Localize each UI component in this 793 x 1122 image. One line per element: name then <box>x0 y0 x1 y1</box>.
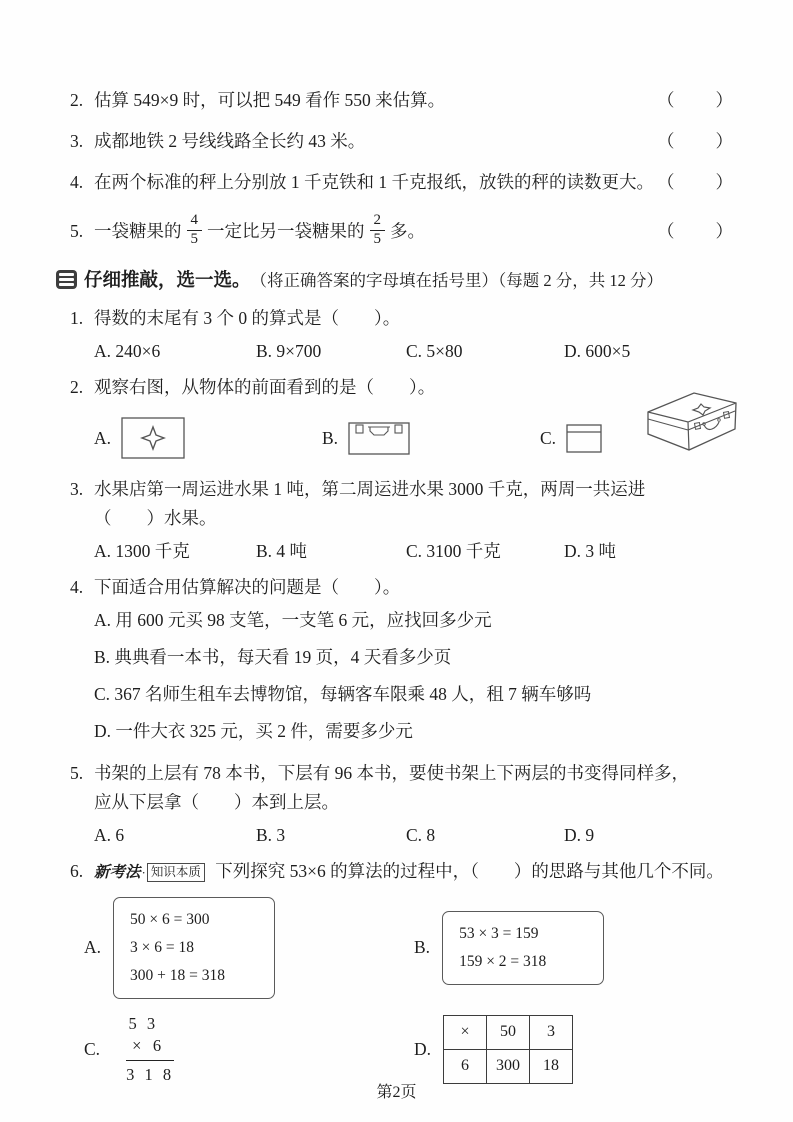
option-b: B. 4 吨 <box>256 538 406 564</box>
judge-item-text: 一定比另一袋糖果的 <box>207 217 365 245</box>
question-text-body: 下列探究 53×6 的算法的过程中，（ ）的思路与其他几个不同。 <box>215 861 724 881</box>
question-number: 3. <box>70 475 94 504</box>
option-c: C. 3100 千克 <box>406 538 564 564</box>
option-c: C. 8 <box>406 822 564 848</box>
judge-item-text: 估算 549×9 时，可以把 549 看作 550 来估算。 <box>94 86 445 114</box>
equation-line: 159 × 2 = 318 <box>459 948 587 976</box>
option-d: D. 600×5 <box>564 338 735 364</box>
section-title: 仔细推敲，选一选。 <box>84 266 251 292</box>
fraction-four-fifths: 4 5 <box>187 213 203 248</box>
multiplication-table: × 50 3 6 300 18 <box>443 1015 573 1084</box>
judge-item: 5. 一袋糖果的 4 5 一定比另一袋糖果的 2 5 多。 （ ） <box>70 209 735 253</box>
option-label: B. <box>414 937 430 958</box>
section-header: 仔细推敲，选一选。 （将正确答案的字母填在括号里）（每题 2 分，共 12 分） <box>56 266 735 292</box>
question-number: 6. <box>70 857 94 887</box>
options-list: A. 用 600 元买 98 支笔，一支笔 6 元，应找回多少元 B. 典典看一… <box>94 602 735 750</box>
options-row: A. 6 B. 3 C. 8 D. 9 <box>94 822 735 848</box>
algorithm-box-a: 50 × 6 = 300 3 × 6 = 18 300 + 18 = 318 <box>113 897 275 999</box>
option-d: D. 3 吨 <box>564 538 735 564</box>
question-3: 3. 水果店第一周运进水果 1 吨，第二周运进水果 3000 千克，两周一共运进… <box>70 475 735 564</box>
option-a: A. 用 600 元买 98 支笔，一支笔 6 元，应找回多少元 <box>94 602 735 639</box>
option-b: B. 3 <box>256 822 406 848</box>
option-a: A. 6 <box>94 822 256 848</box>
option-label: C. <box>540 428 556 449</box>
options-row: A. 1300 千克 B. 4 吨 C. 3100 千克 D. 3 吨 <box>94 538 735 564</box>
knowledge-essence-tag: 知识本质 <box>147 863 205 882</box>
q6-options-grid: A. 50 × 6 = 300 3 × 6 = 18 300 + 18 = 31… <box>84 897 735 1086</box>
option-d: D. 9 <box>564 822 735 848</box>
question-5: 5. 书架的上层有 78 本书，下层有 96 本书，要使书架上下两层的书变得同样… <box>70 759 735 848</box>
options-row: A. 240×6 B. 9×700 C. 5×80 D. 600×5 <box>94 338 735 364</box>
vertical-multiplication: 5 3 × 6 3 1 8 <box>126 1013 174 1086</box>
case-front-view-with-handle-image <box>348 421 410 455</box>
equation-line: 3 × 6 = 18 <box>130 934 258 962</box>
multiply-sign: × <box>132 1035 141 1057</box>
option-b: B. 9×700 <box>256 338 406 364</box>
multiplier: 6 <box>153 1035 161 1057</box>
question-2: 2. 观察右图，从物体的前面看到的是（ ）。 A. B. <box>70 373 735 466</box>
option-c: C. 367 名师生租车去博物馆，每辆客车限乘 48 人，租 7 辆车够吗 <box>94 676 735 713</box>
equation-line: 300 + 18 = 318 <box>130 962 258 990</box>
judge-item-text: 多。 <box>390 217 425 245</box>
new-exam-method-badge: 新考法 · 知识本质 <box>94 858 205 887</box>
answer-brackets: （ ） <box>657 86 735 114</box>
option-b: B. 典典看一本书，每天看 19 页，4 天看多少页 <box>94 639 735 676</box>
option-label: C. <box>84 1039 100 1060</box>
option-a: A. 50 × 6 = 300 3 × 6 = 18 300 + 18 = 31… <box>84 897 414 999</box>
question-text: 书架的上层有 78 本书，下层有 96 本书，要使书架上下两层的书变得同样多， <box>94 759 735 788</box>
page-footer: 第2页 <box>0 1079 793 1102</box>
fraction-two-fifths: 2 5 <box>370 213 386 248</box>
answer-brackets: （ ） <box>657 217 735 245</box>
dot-separator: · <box>142 858 146 887</box>
question-text: 下面适合用估算解决的问题是（ ）。 <box>94 573 735 602</box>
exam-paper-page: 2. 估算 549×9 时，可以把 549 看作 550 来估算。 （ ） 3.… <box>0 0 793 1122</box>
option-label: A. <box>94 428 111 449</box>
question-6: 6. 新考法 · 知识本质 下列探究 53×6 的算法的过程中，（ ）的思路与其… <box>70 857 735 1086</box>
judge-item-number: 4. <box>70 168 94 196</box>
option-c: C. 5 3 × 6 3 1 8 <box>84 1013 414 1086</box>
judge-item-text: 成都地铁 2 号线线路全长约 43 米。 <box>94 127 365 155</box>
option-c: C. 5×80 <box>406 338 564 364</box>
question-text: 得数的末尾有 3 个 0 的算式是（ ）。 <box>94 304 735 333</box>
question-text: 新考法 · 知识本质 下列探究 53×6 的算法的过程中，（ ）的思路与其他几个… <box>94 857 735 887</box>
question-number: 2. <box>70 373 94 402</box>
question-4: 4. 下面适合用估算解决的问题是（ ）。 A. 用 600 元买 98 支笔，一… <box>70 573 735 750</box>
option-b: B. <box>322 421 530 455</box>
question-number: 4. <box>70 573 94 602</box>
judge-item-number: 5. <box>70 217 94 245</box>
multiplicand: 5 3 <box>126 1013 174 1035</box>
table-cell: 3 <box>530 1015 573 1049</box>
option-label: A. <box>84 937 101 958</box>
option-label: D. <box>414 1039 431 1060</box>
judge-item: 4. 在两个标准的秤上分别放 1 千克铁和 1 千克报纸，放铁的秤的读数更大。 … <box>70 168 735 196</box>
algorithm-box-b: 53 × 3 = 159 159 × 2 = 318 <box>442 911 604 985</box>
case-top-view-with-cross-emblem-image <box>121 417 185 459</box>
question-number: 5. <box>70 759 94 788</box>
question-text: 观察右图，从物体的前面看到的是（ ）。 <box>94 373 735 402</box>
options-row: A. B. C. <box>94 410 735 466</box>
answer-brackets: （ ） <box>657 127 735 155</box>
section-subtitle: （将正确答案的字母填在括号里）（每题 2 分，共 12 分） <box>251 267 664 291</box>
three-bars-list-icon <box>56 270 77 289</box>
question-text-continued: 应从下层拿（ ）本到上层。 <box>94 788 735 817</box>
option-a: A. 1300 千克 <box>94 538 256 564</box>
equation-line: 53 × 3 = 159 <box>459 920 587 948</box>
judge-item-number: 2. <box>70 86 94 114</box>
option-d: D. 一件大衣 325 元，买 2 件，需要多少元 <box>94 713 735 750</box>
case-side-view-image <box>566 424 602 453</box>
table-cell: × <box>444 1015 487 1049</box>
question-text: 水果店第一周运进水果 1 吨，第二周运进水果 3000 千克，两周一共运进 <box>94 475 735 504</box>
option-d: D. × 50 3 6 300 18 <box>414 1013 735 1086</box>
question-number: 1. <box>70 304 94 333</box>
answer-brackets: （ ） <box>657 168 735 196</box>
option-label: B. <box>322 428 338 449</box>
option-c: C. <box>540 424 602 453</box>
question-1: 1. 得数的末尾有 3 个 0 的算式是（ ）。 A. 240×6 B. 9×7… <box>70 304 735 364</box>
first-aid-case-3d-image <box>641 387 743 455</box>
judge-item-number: 3. <box>70 127 94 155</box>
table-cell: 50 <box>487 1015 530 1049</box>
judge-item: 3. 成都地铁 2 号线线路全长约 43 米。 （ ） <box>70 127 735 155</box>
judge-item: 2. 估算 549×9 时，可以把 549 看作 550 来估算。 （ ） <box>70 86 735 114</box>
judge-item-text: 一袋糖果的 <box>94 217 182 245</box>
equation-line: 50 × 6 = 300 <box>130 906 258 934</box>
option-a: A. <box>94 417 312 459</box>
option-a: A. 240×6 <box>94 338 256 364</box>
option-b: B. 53 × 3 = 159 159 × 2 = 318 <box>414 897 735 999</box>
question-text-continued: （ ）水果。 <box>94 504 735 533</box>
judge-item-text: 在两个标准的秤上分别放 1 千克铁和 1 千克报纸，放铁的秤的读数更大。 <box>94 168 654 196</box>
